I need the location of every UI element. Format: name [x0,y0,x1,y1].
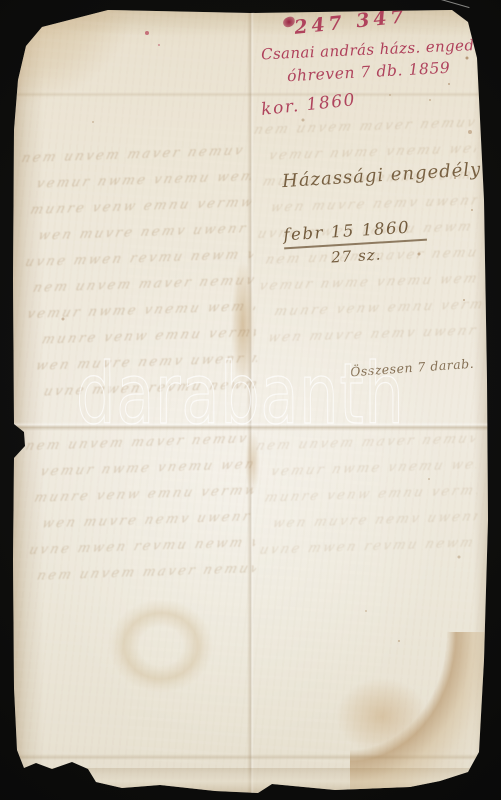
horizontal-fold-upper [13,92,489,97]
bleedthrough-writing-lower-right: nem unvem maver nemuv emnre wnem uvnem r… [256,426,480,570]
bottom-center-stain-blob [336,678,428,754]
document-paper: nem unvem maver nemuv emnre wnem uvnem r… [0,0,501,800]
date-and-file-number: febr 15 1860 27 sz. [283,217,428,270]
background-scratch-mark [440,0,469,8]
bleedthrough-writing-lower-left: nem unvem maver nemuv emnre wnem uvnem r… [25,426,256,594]
bottom-left-water-ring [94,586,228,706]
foxing-spots [0,0,2,2]
photo-black-background: nem unvem maver nemuv emnre wnem uvnem r… [0,0,501,800]
darabanth-watermark: darabanth [76,352,405,436]
red-ink-specks [0,0,2,2]
